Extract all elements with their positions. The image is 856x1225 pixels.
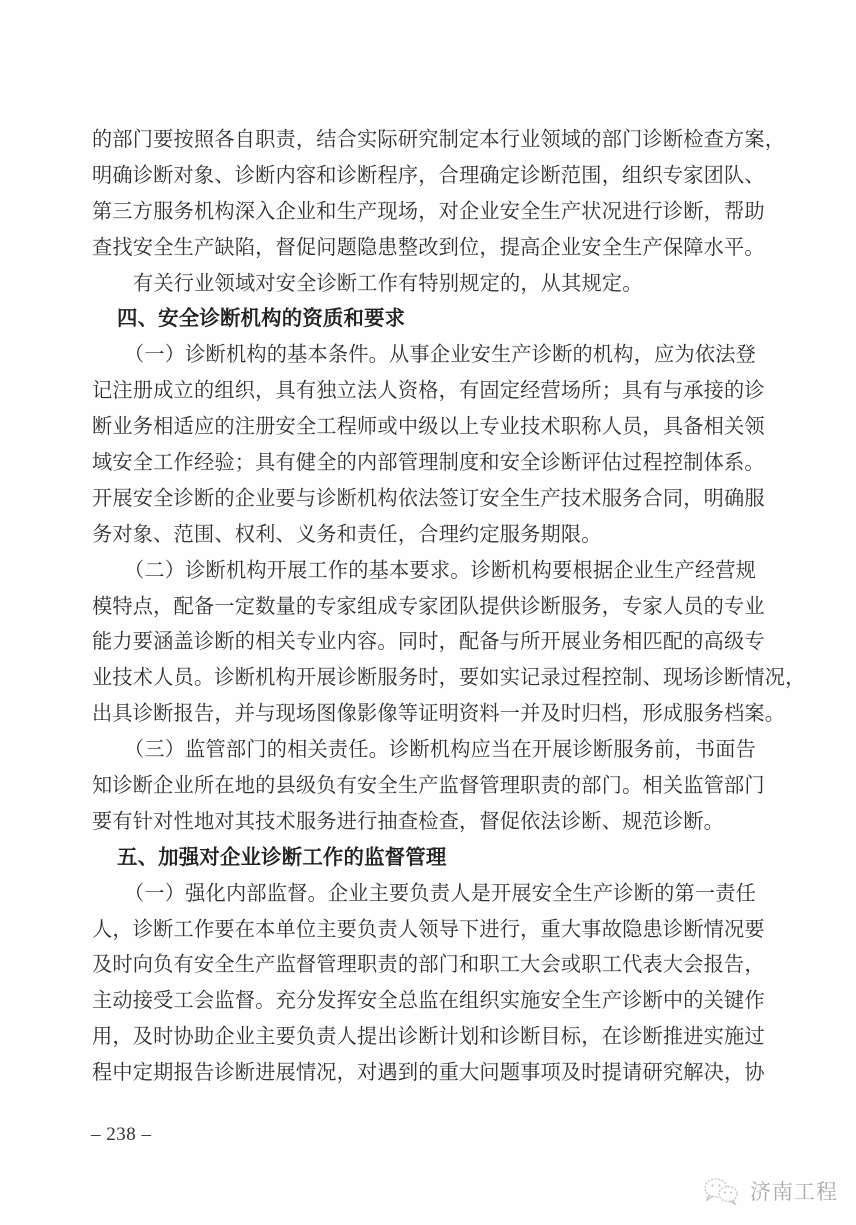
body-line: 主动接受工会监督。充分发挥安全总监在组织实施安全生产诊断中的关键作 (92, 983, 754, 1019)
body-line: 程中定期报告诊断进展情况，对遇到的重大问题事项及时提请研究解决，协 (92, 1055, 754, 1091)
subsection-start-line: （一）强化内部监督。企业主要负责人是开展安全生产诊断的第一责任 (92, 876, 754, 912)
body-line: 明确诊断对象、诊断内容和诊断程序，合理确定诊断范围，组织专家团队、 (92, 158, 754, 194)
body-line: 用，及时协助企业主要负责人提出诊断计划和诊断目标，在诊断推进实施过 (92, 1019, 754, 1055)
body-line: 开展安全诊断的企业要与诊断机构依法签订安全生产技术服务合同，明确服 (92, 481, 754, 517)
document-body: 的部门要按照各自职责，结合实际研究制定本行业领域的部门诊断检查方案， 明确诊断对… (92, 122, 754, 1091)
body-line: 人，诊断工作要在本单位主要负责人领导下进行，重大事故隐患诊断情况要 (92, 912, 754, 948)
body-line: 要有针对性地对其技术服务进行抽查检查，督促依法诊断、规范诊断。 (92, 804, 754, 840)
body-line: 模特点，配备一定数量的专家组成专家团队提供诊断服务，专家人员的专业 (92, 589, 754, 625)
body-line: 能力要涵盖诊断的相关专业内容。同时，配备与所开展业务相匹配的高级专 (92, 624, 754, 660)
paragraph-start-line: 有关行业领域对安全诊断工作有特别规定的，从其规定。 (92, 266, 754, 302)
document-page: 的部门要按照各自职责，结合实际研究制定本行业领域的部门诊断检查方案， 明确诊断对… (0, 0, 856, 1225)
subsection-start-line: （三）监管部门的相关责任。诊断机构应当在开展诊断服务前，书面告 (92, 732, 754, 768)
section-heading-4: 四、安全诊断机构的资质和要求 (92, 301, 754, 337)
watermark-text: 济南工程 (750, 1176, 838, 1206)
body-line: 出具诊断报告，并与现场图像影像等证明资料一并及时归档，形成服务档案。 (92, 696, 754, 732)
body-line: 及时向负有安全生产监督管理职责的部门和职工大会或职工代表大会报告， (92, 947, 754, 983)
page-number: – 238 – (91, 1124, 152, 1146)
body-line: 知诊断企业所在地的县级负有安全生产监督管理职责的部门。相关监管部门 (92, 768, 754, 804)
body-line: 域安全工作经验；具有健全的内部管理制度和安全诊断评估过程控制体系。 (92, 445, 754, 481)
subsection-start-line: （一）诊断机构的基本条件。从事企业安生产诊断的机构，应为依法登 (92, 337, 754, 373)
wechat-icon (702, 1176, 742, 1206)
body-line: 断业务相适应的注册安全工程师或中级以上专业技术职称人员，具备相关领 (92, 409, 754, 445)
watermark: 济南工程 (702, 1176, 838, 1206)
body-line: 的部门要按照各自职责，结合实际研究制定本行业领域的部门诊断检查方案， (92, 122, 754, 158)
body-line: 查找安全生产缺陷，督促问题隐患整改到位，提高企业安全生产保障水平。 (92, 230, 754, 266)
body-line: 务对象、范围、权利、义务和责任，合理约定服务期限。 (92, 517, 754, 553)
subsection-start-line: （二）诊断机构开展工作的基本要求。诊断机构要根据企业生产经营规 (92, 553, 754, 589)
body-line: 第三方服务机构深入企业和生产现场，对企业安全生产状况进行诊断，帮助 (92, 194, 754, 230)
body-line: 记注册成立的组织，具有独立法人资格，有固定经营场所；具有与承接的诊 (92, 373, 754, 409)
body-line: 业技术人员。诊断机构开展诊断服务时，要如实记录过程控制、现场诊断情况， (92, 660, 754, 696)
section-heading-5: 五、加强对企业诊断工作的监督管理 (92, 840, 754, 876)
